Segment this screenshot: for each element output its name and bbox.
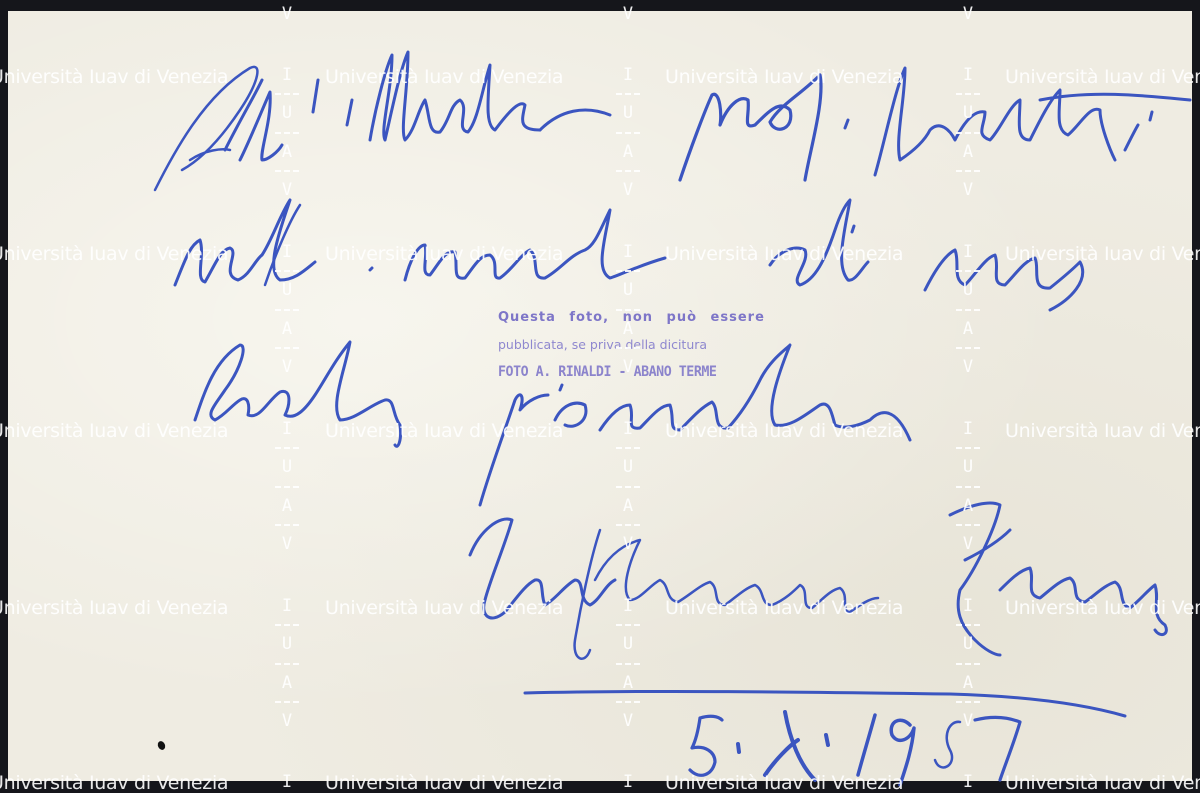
date-text: 5·X·1957 (0, 0, 5, 1)
signature (470, 503, 1166, 659)
handwritten-dedication (0, 0, 1200, 793)
